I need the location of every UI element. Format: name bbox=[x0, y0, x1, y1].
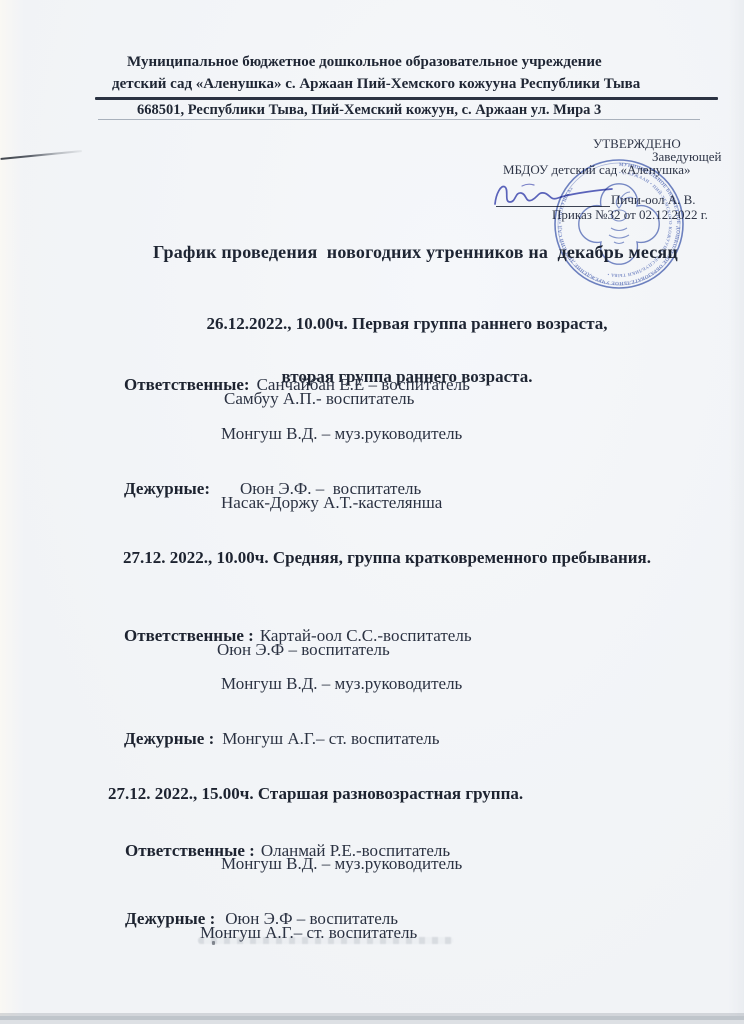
stamp-emblem bbox=[609, 192, 633, 244]
duty-label: Дежурные : bbox=[124, 729, 214, 748]
scan-hairline-artifact bbox=[0, 150, 82, 160]
svg-text:МУНИЦИПАЛЬНОЕ БЮДЖЕТНОЕ ДОШКОЛ: МУНИЦИПАЛЬНОЕ БЮДЖЕТНОЕ ДОШКОЛЬНОЕ ОБРАЗ… bbox=[558, 163, 680, 285]
responsible-entry: Монгуш В.Д. – муз.руководитель bbox=[221, 673, 462, 694]
event-3-heading: 27.12. 2022., 15.00ч. Старшая разновозра… bbox=[108, 784, 523, 804]
document-title: График проведения новогодних утренников … bbox=[153, 242, 678, 263]
duty-entry: Монгуш А.Г.– ст. воспитатель bbox=[222, 729, 439, 748]
responsible-entry: Монгуш В.Д. – муз.руководитель bbox=[221, 853, 462, 874]
event-2-heading: 27.12. 2022., 10.00ч. Средняя, группа кр… bbox=[123, 548, 651, 568]
duty-entry: Насак-Доржу А.Т.-кастелянша bbox=[221, 492, 442, 513]
duty-row: Дежурные :Монгуш А.Г.– ст. воспитатель bbox=[107, 707, 440, 770]
org-name-line2: детский сад «Аленушка» с. Аржаан Пий-Хем… bbox=[112, 75, 640, 94]
org-name-line1: Муниципальное бюджетное дошкольное образ… bbox=[127, 53, 602, 72]
scan-bottom-edge bbox=[0, 1020, 744, 1024]
org-address: 668501, Республики Тыва, Пий-Хемский кож… bbox=[137, 102, 601, 119]
scanned-document-page: Муниципальное бюджетное дошкольное образ… bbox=[0, 0, 744, 1024]
event-1-datetime-line1: 26.12.2022., 10.00ч. Первая группа ранне… bbox=[100, 315, 714, 333]
responsible-entry: Оюн Э.Ф – воспитатель bbox=[217, 639, 390, 660]
stamp-ring-text-outer: МУНИЦИПАЛЬНОЕ БЮДЖЕТНОЕ ДОШКОЛЬНОЕ ОБРАЗ… bbox=[558, 163, 680, 285]
official-stamp: МУНИЦИПАЛЬНОЕ БЮДЖЕТНОЕ ДОШКОЛЬНОЕ ОБРАЗ… bbox=[551, 156, 687, 292]
header-divider-line bbox=[95, 97, 718, 100]
responsible-entry: Монгуш В.Д. – муз.руководитель bbox=[221, 423, 462, 444]
responsible-entry: Самбуу А.П.- воспитатель bbox=[224, 388, 414, 409]
address-divider-line bbox=[98, 119, 700, 120]
stamp-outer-ring bbox=[555, 160, 683, 288]
duty-label: Дежурные: bbox=[124, 479, 210, 498]
duty-entry: Монгуш А.Г.– ст. воспитатель bbox=[200, 922, 417, 943]
